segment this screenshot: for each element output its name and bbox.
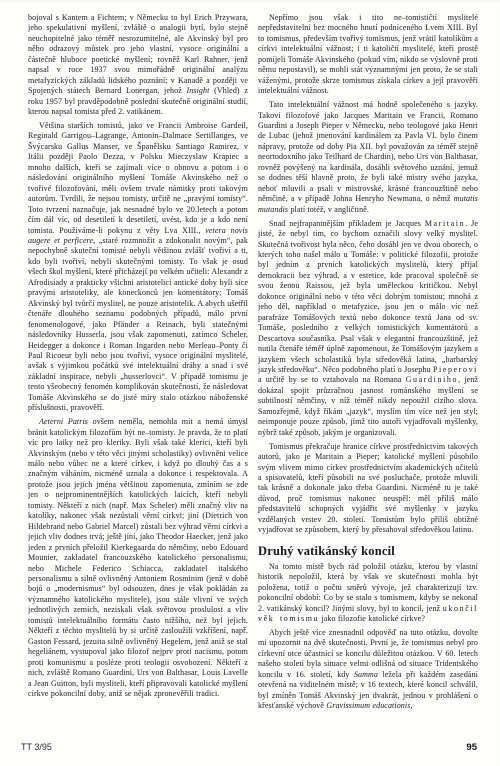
- paragraph: Tomismus překračuje hranice církve prost…: [258, 442, 478, 536]
- text-segment: bojoval s Kantem a Fichtem; v Německu to…: [28, 13, 248, 95]
- paragraph: Tato intelektuální vážnost má hodně spol…: [258, 100, 478, 215]
- text-segment: Maritain: [425, 219, 465, 228]
- text-segment: Druhý vatikánský koncil: [258, 544, 395, 558]
- text-segment: platí totéž, v angličtině.: [288, 205, 369, 214]
- paragraph: Snad nejfrapantnějším příkladem je Jacqu…: [258, 219, 478, 439]
- page-number: 95: [466, 742, 477, 753]
- text-segment: Snad nejfrapantnějším příkladem je Jacqu…: [269, 219, 425, 228]
- text-segment: Nepřímo jsou však i tito ne–tomističtí m…: [258, 13, 478, 95]
- text-segment: ,: [410, 701, 412, 710]
- text-segment: Pieperovi: [433, 365, 478, 374]
- paragraph: bojoval s Kantem a Fichtem; v Německu to…: [28, 13, 248, 118]
- text-segment: Gravissimum educationis: [326, 701, 410, 710]
- text-segment: Insight: [187, 86, 210, 95]
- journal-issue-label: TT 3/95: [21, 742, 52, 752]
- text-segment: , „staré rozmnožit a zdokonalit novým“, …: [28, 236, 248, 412]
- text-segment: ovšem neměla, nemohla mít a nemá úmysl b…: [28, 417, 248, 698]
- text-segment: jako filozofie katolické církve?: [319, 614, 425, 623]
- paragraph: Na tomto místě bych rád položil otázku, …: [258, 562, 478, 625]
- text-segment: Aeterni Patris: [39, 417, 88, 426]
- text-segment: a určitě by se to vztahovalo na Romana: [258, 375, 406, 384]
- text-segment: Tato intelektuální vážnost má hodně spol…: [258, 100, 478, 203]
- right-column: Nepřímo jsou však i tito ne–tomističtí m…: [258, 13, 478, 715]
- text-segment: Tomismus překračuje hranice církve prost…: [258, 442, 478, 535]
- text-segment: . Je jisté, že nebyl tím, co bychom ozna…: [258, 219, 478, 374]
- paragraph: Abych ještě více znesnadnil odpověď na t…: [258, 628, 478, 712]
- section-heading: Druhý vatikánský koncil: [258, 544, 478, 558]
- page-footer: TT 3/95 95: [21, 742, 477, 753]
- left-column: bojoval s Kantem a Fichtem; v Německu to…: [28, 13, 248, 715]
- paragraph: Většina starších tomistů, jako ve Franci…: [28, 121, 248, 414]
- paragraph: Nepřímo jsou však i tito ne–tomističtí m…: [258, 13, 478, 97]
- text-segment: Summa: [354, 670, 378, 679]
- paragraph: Aeterni Patris ovšem neměla, nemohla mít…: [28, 417, 248, 699]
- text-segment: Většina starších tomistů, jako ve Franci…: [28, 121, 248, 235]
- two-column-text-area: bojoval s Kantem a Fichtem; v Německu to…: [28, 13, 478, 715]
- text-segment: Guardiniho: [406, 375, 458, 384]
- document-page: bojoval s Kantem a Fichtem; v Německu to…: [0, 0, 500, 766]
- text-segment: , jenž dokázal spojit průzračnou jasnost…: [258, 375, 478, 436]
